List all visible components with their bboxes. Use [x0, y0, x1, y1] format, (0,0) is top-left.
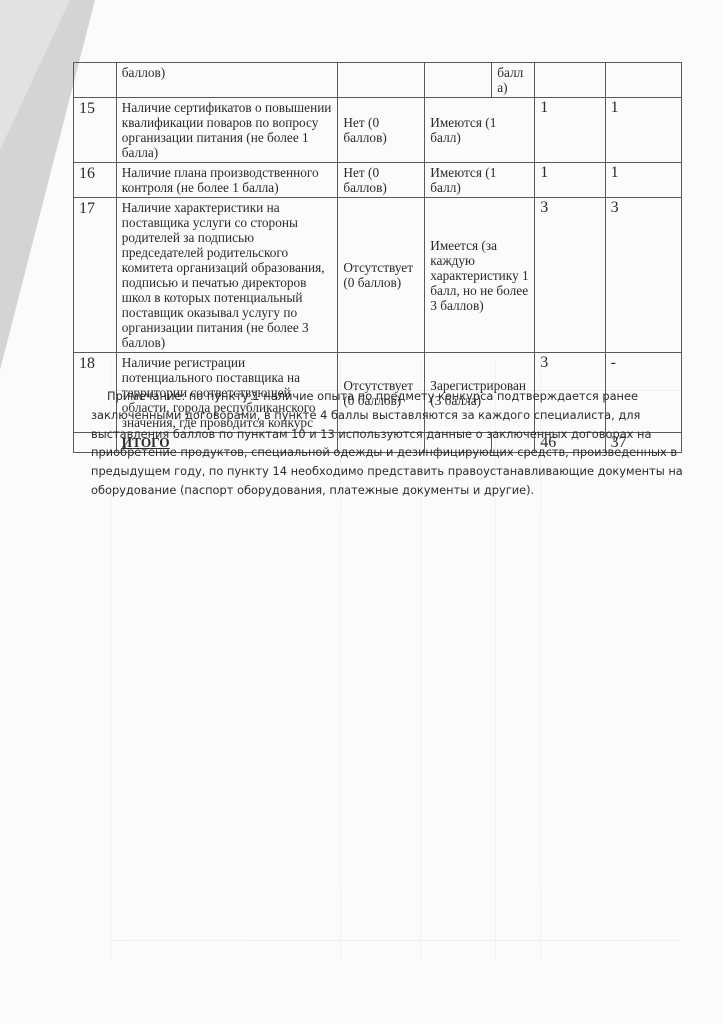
score-2-cell: 3	[605, 198, 681, 353]
present-cell-a	[425, 63, 492, 98]
score-1-cell: 1	[535, 98, 605, 163]
criterion-cell: Наличие плана производственного контроля…	[116, 163, 338, 198]
table-row-continuation: баллов) балл а)	[74, 63, 682, 98]
criterion-cell: Наличие характеристики на поставщика усл…	[116, 198, 338, 353]
row-number	[74, 63, 117, 98]
score-1-cell	[535, 63, 605, 98]
score-2-cell: 1	[605, 163, 681, 198]
present-cell-b: балл а)	[492, 63, 535, 98]
present-cell: Имеется (за каждую характеристику 1 балл…	[425, 198, 535, 353]
row-number: 17	[74, 198, 117, 353]
absent-cell	[338, 63, 425, 98]
note-paragraph: Примечание: по пункту 1 наличие опыта по…	[91, 387, 686, 500]
score-1-cell: 1	[535, 163, 605, 198]
table-row: 16 Наличие плана производственного контр…	[74, 163, 682, 198]
score-2-cell	[605, 63, 681, 98]
present-cell: Имеются (1 балл)	[425, 98, 535, 163]
table-row: 17 Наличие характеристики на поставщика …	[74, 198, 682, 353]
table-row: 15 Наличие сертификатов о повышении квал…	[74, 98, 682, 163]
row-number: 16	[74, 163, 117, 198]
absent-cell: Отсутствует (0 баллов)	[338, 198, 425, 353]
scanner-page-fold-highlight	[0, 0, 70, 150]
row-number: 15	[74, 98, 117, 163]
present-cell: Имеются (1 балл)	[425, 163, 535, 198]
criterion-cell: баллов)	[116, 63, 338, 98]
note-container: Примечание: по пункту 1 наличие опыта по…	[91, 387, 686, 500]
absent-cell: Нет (0 баллов)	[338, 98, 425, 163]
score-2-cell: 1	[605, 98, 681, 163]
absent-cell: Нет (0 баллов)	[338, 163, 425, 198]
criterion-cell: Наличие сертификатов о повышении квалифи…	[116, 98, 338, 163]
score-1-cell: 3	[535, 198, 605, 353]
